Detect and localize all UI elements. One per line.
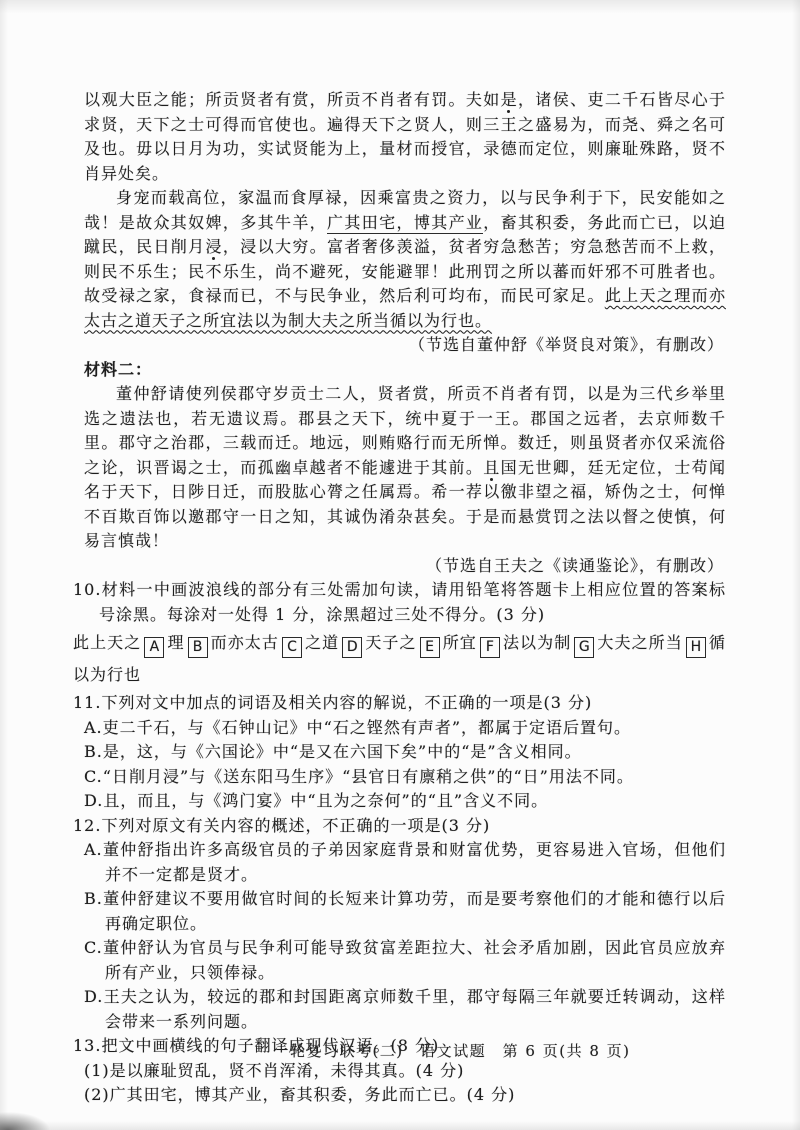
question-12-option-b: B.董仲舒建议不要用做官时间的长短来计算功劳，而是要考察他们的才能和德行以后再确… (84, 887, 726, 936)
question-13-items: (1)是以廉耻贸乱，贤不肖浑淆，未得其真。(4 分) (2)广其田宅，博其产业，… (84, 1059, 726, 1108)
page-footer-text: 一轮复习联考(二) 语文试题 第 6 页(共 8 页) (273, 1042, 630, 1060)
answer-box-c[interactable]: C (282, 637, 302, 658)
passage-text: 以观大臣之能；所贡贤者有赏，所贡不肖者有罚。夫如 (84, 90, 501, 109)
material-one-source: （节选自董仲舒《举贤良对策》，有删改） (84, 333, 726, 358)
exam-content: 以观大臣之能；所贡贤者有赏，所贡不肖者有罚。夫如是，诸侯、吏二千石皆尽心于求贤，… (84, 88, 726, 1108)
segment-text: 大夫之所当 (597, 633, 683, 652)
page-footer: 一轮复习联考(二) 语文试题 第 6 页(共 8 页) (52, 1040, 800, 1061)
underlined-translation-sentence: 广其田宅，博其产业 (327, 213, 483, 234)
segment-text: 此上天之 (73, 633, 141, 652)
answer-box-a[interactable]: A (144, 637, 164, 658)
material-two-source: （节选自王夫之《读通鉴论》，有删改） (84, 554, 726, 579)
segment-text: 而亦太古 (211, 633, 279, 652)
question-11-stem: 11.下列对文中加点的词语及相关内容的解说，不正确的一项是(3 分) (73, 691, 726, 716)
question-12: 12.下列对原文有关内容的概述，不正确的一项是(3 分) A.董仲舒指出许多高级… (73, 814, 726, 1035)
segment-text: 天子之 (365, 633, 416, 652)
question-11-option-d: D.且，而且，与《鸿门宴》中“且为之奈何”的“且”含义不同。 (84, 789, 726, 814)
answer-box-f[interactable]: F (480, 637, 500, 658)
material-two-paragraph: 董仲舒请使列侯郡守岁贡士二人，贤者赏，所贡不肖者有罚，以是为三代乡举里选之遗法也… (84, 382, 726, 554)
answer-box-d[interactable]: D (342, 637, 362, 658)
question-12-options: A.董仲舒指出许多高级官员的子弟因家庭背景和财富优势，更容易进入官场，但他们并不… (84, 838, 726, 1034)
question-12-option-c: C.董仲舒认为官员与民争利可能导致贫富差距拉大、社会矛盾加剧，因此官员应放弃所有… (84, 936, 726, 985)
question-10-answer-line: 此上天之A理B而亦太古C之道D天子之E所宜F法以为制G大夫之所当H循以为行也 (73, 627, 726, 691)
segment-text: 之道 (305, 633, 339, 652)
answer-box-h[interactable]: H (686, 637, 706, 658)
question-10: 10.材料一中画波浪线的部分有三处需加句读，请用铅笔将答题卡上相应位置的答案标号… (73, 578, 726, 691)
answer-box-g[interactable]: G (574, 637, 594, 658)
question-11-option-b: B.是，这，与《六国论》中“是又在六国下矣”中的“是”含义相同。 (84, 740, 726, 765)
dotted-word-qie: 且 (483, 458, 500, 477)
question-10-stem: 10.材料一中画波浪线的部分有三处需加句读，请用铅笔将答题卡上相应位置的答案标号… (73, 578, 726, 627)
segment-text: 法以为制 (503, 633, 571, 652)
segment-text: 所宜 (443, 633, 477, 652)
question-11-options: A.吏二千石，与《石钟山记》中“石之铿然有声者”，都属于定语后置句。 B.是，这… (84, 716, 726, 814)
dotted-word-jin: 浸 (206, 237, 223, 256)
question-12-option-d: D.王夫之认为，较远的郡和封国距离京师数千里，郡守每隔三年就要迁转调动，这样会带… (84, 985, 726, 1034)
question-12-option-a: A.董仲舒指出许多高级官员的子弟因家庭背景和财富优势，更容易进入官场，但他们并不… (84, 838, 726, 887)
dotted-word-shi: 是 (501, 90, 518, 109)
segment-text: 理 (167, 633, 184, 652)
material-one-paragraph-2: 身宠而载高位，家温而食厚禄，因乘富贵之资力，以与民争利于下，民安能如之哉！是故众… (84, 186, 726, 333)
question-12-stem: 12.下列对原文有关内容的概述，不正确的一项是(3 分) (73, 814, 726, 839)
answer-box-b[interactable]: B (188, 637, 208, 658)
answer-box-e[interactable]: E (420, 637, 440, 658)
question-13-item-1: (1)是以廉耻贸乱，贤不肖浑淆，未得其真。(4 分) (84, 1059, 726, 1084)
question-13-item-2: (2)广其田宅，博其产业，畜其积委，务此而亡已。(4 分) (84, 1083, 726, 1108)
question-11-option-c: C.“日削月浸”与《送东阳马生序》“县官日有廪稍之供”的“日”用法不同。 (84, 765, 726, 790)
material-two-heading: 材料二： (84, 358, 726, 383)
document-page: 以观大臣之能；所贡贤者有赏，所贡不肖者有罚。夫如是，诸侯、吏二千石皆尽心于求贤，… (0, 0, 800, 1130)
material-one-paragraph-1: 以观大臣之能；所贡贤者有赏，所贡不肖者有罚。夫如是，诸侯、吏二千石皆尽心于求贤，… (84, 88, 726, 186)
question-11: 11.下列对文中加点的词语及相关内容的解说，不正确的一项是(3 分) A.吏二千… (73, 691, 726, 814)
question-11-option-a: A.吏二千石，与《石钟山记》中“石之铿然有声者”，都属于定语后置句。 (84, 716, 726, 741)
